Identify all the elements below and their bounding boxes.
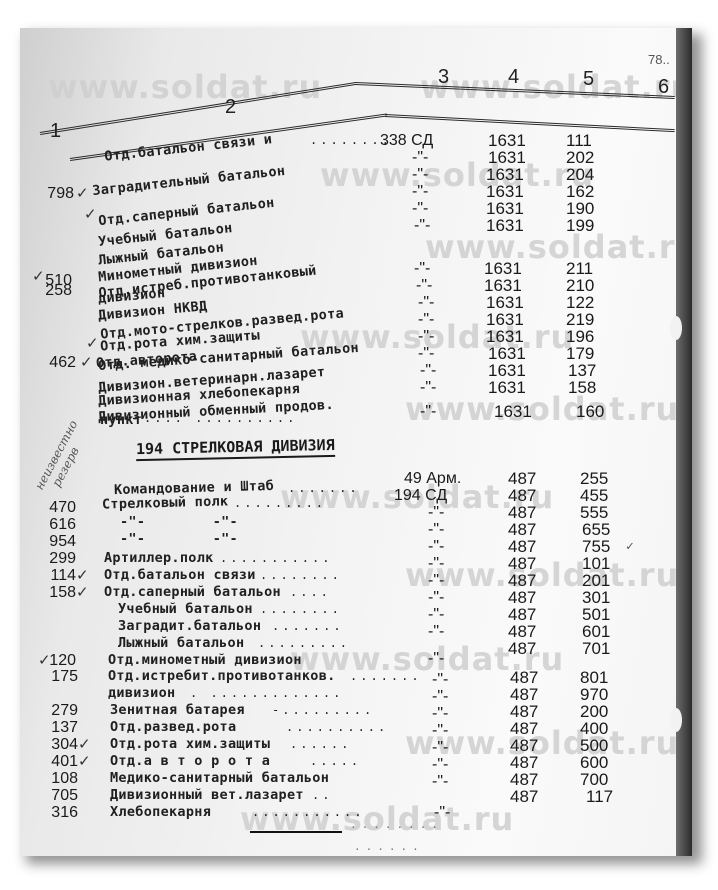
sub-number: 210 bbox=[566, 277, 594, 294]
row-number: 137 bbox=[20, 719, 78, 736]
subordination: -"- bbox=[418, 328, 434, 345]
field-post-number: 1631 bbox=[486, 311, 524, 328]
row-number: 401 bbox=[20, 753, 78, 770]
subordination: -"- bbox=[432, 688, 448, 705]
field-post-number: 487 bbox=[508, 521, 536, 538]
sub-number: 211 bbox=[566, 260, 593, 277]
field-post-number: 487 bbox=[508, 572, 536, 589]
table-row: 158✓Отд.саперный батальон....-"-487201 bbox=[20, 572, 692, 589]
field-post-number: 487 bbox=[508, 640, 536, 657]
sub-number: 555 bbox=[580, 504, 608, 521]
field-post-number: 1631 bbox=[486, 294, 524, 311]
column-header-5: 5 bbox=[583, 68, 594, 91]
subordination: -"- bbox=[428, 538, 444, 555]
unit-name: Отд.минометный дивизион bbox=[108, 652, 302, 669]
field-post-number: 1631 bbox=[486, 328, 524, 345]
field-post-number: 1631 bbox=[488, 362, 526, 379]
unit-name: Зенитная батарея bbox=[110, 702, 245, 719]
subordination: -"- bbox=[418, 311, 434, 328]
unit-name: Дивизионный вет.лазарет bbox=[110, 787, 304, 804]
field-post-number: 1631 bbox=[488, 379, 526, 396]
subordination: -"- bbox=[432, 705, 448, 722]
sub-number: 190 bbox=[566, 200, 594, 217]
field-post-number: 487 bbox=[508, 606, 536, 623]
field-post-number: 487 bbox=[510, 720, 538, 737]
subordination: -"- bbox=[418, 345, 434, 362]
field-post-number: 487 bbox=[510, 737, 538, 754]
subordination: -"- bbox=[432, 722, 448, 739]
subordination: -"- bbox=[414, 217, 430, 234]
sub-number: 655 bbox=[582, 521, 610, 538]
sub-number: 700 bbox=[580, 771, 608, 788]
table-row: 470Стрелковый полк.........194 СД487455 bbox=[20, 487, 692, 504]
field-post-number: 487 bbox=[508, 538, 536, 555]
table-row: ✓Отд.рота хим.защиты-"-1631219 bbox=[20, 311, 692, 328]
page-number: 78.. bbox=[648, 52, 670, 67]
subordination: -"- bbox=[428, 521, 444, 538]
sub-number: 122 bbox=[566, 294, 594, 311]
sub-number: 160 bbox=[576, 403, 604, 420]
table-row: 299Артиллер.полк...........-"-487755✓ bbox=[20, 538, 692, 555]
table-row: Учебный батальон........-"-487301 bbox=[20, 589, 692, 606]
table-row: Дивизионная хлебопекарня-"-1631158 bbox=[20, 379, 692, 396]
subordination: -"- bbox=[428, 623, 444, 640]
table-row: 114✓Отд.батальон связи........-"-487101 bbox=[20, 555, 692, 572]
table-row: Дивизион.ветеринарн.лазарет-"-1631137 bbox=[20, 362, 692, 379]
table-row: Отд. медико-санитарный батальон-"-163117… bbox=[20, 345, 692, 362]
table-row: Отд.батальон связи и........338 СД163111… bbox=[20, 132, 692, 149]
table-row: Отд.мото-стрелков.развед.рота-"-1631122 bbox=[20, 294, 692, 311]
sub-number: 255 bbox=[580, 470, 608, 487]
column-header-4: 4 bbox=[508, 66, 519, 89]
unit-name: Отд.а в т о р о т а bbox=[110, 753, 270, 770]
row-number: 304 bbox=[20, 736, 78, 753]
subordination: -"- bbox=[416, 277, 432, 294]
unit-name: Отд.истребит.противотанков. bbox=[108, 668, 336, 685]
subordination: -"- bbox=[414, 260, 430, 277]
field-post-number: 487 bbox=[510, 771, 538, 788]
sub-number: 199 bbox=[566, 217, 594, 234]
check-mark: ✓ bbox=[78, 736, 91, 753]
subordination: -"- bbox=[412, 166, 428, 183]
sub-number: 179 bbox=[566, 345, 594, 362]
field-post-number: 1631 bbox=[486, 183, 524, 200]
subordination: -"- bbox=[418, 294, 434, 311]
section-title: 194 СТРЕЛКОВАЯ ДИВИЗИЯ bbox=[136, 436, 335, 461]
sub-number: 970 bbox=[580, 686, 608, 703]
table-row: Дивизион НКВД-"-1631210 bbox=[20, 277, 692, 294]
field-post-number: 1631 bbox=[488, 345, 526, 362]
column-header-3: 3 bbox=[438, 66, 449, 89]
sub-number: 500 bbox=[580, 737, 608, 754]
row-number: 279 bbox=[20, 702, 78, 719]
field-post-number: 487 bbox=[510, 669, 538, 686]
sub-number: 755 bbox=[582, 538, 610, 555]
unit-name: Отд.рота хим.защиты bbox=[110, 736, 270, 753]
subordination: -"- bbox=[412, 200, 428, 217]
field-post-number: 1631 bbox=[488, 132, 526, 149]
row-number: 316 bbox=[20, 804, 78, 821]
subordination: -"- bbox=[420, 379, 436, 396]
field-post-number: 487 bbox=[510, 686, 538, 703]
sub-number: 601 bbox=[582, 623, 610, 640]
subordination: -"- bbox=[428, 589, 444, 606]
field-post-number: 1631 bbox=[484, 277, 522, 294]
sub-number: 101 bbox=[582, 555, 610, 572]
sub-number: 202 bbox=[566, 149, 594, 166]
subordination: -"- bbox=[428, 555, 444, 572]
subordination: -"- bbox=[420, 362, 436, 379]
header-rule bbox=[385, 114, 675, 132]
sub-number: 162 bbox=[566, 183, 594, 200]
table-row: ✓120Отд.минометный дивизион-"-487701 bbox=[20, 640, 692, 657]
sub-number: 196 bbox=[566, 328, 594, 345]
sub-number: 301 bbox=[582, 589, 610, 606]
table-row: Лыжный батальон-"-1631190 bbox=[20, 200, 692, 217]
subordination: -"- bbox=[432, 739, 448, 756]
sub-number: 219 bbox=[566, 311, 594, 328]
field-post-number: 487 bbox=[508, 555, 536, 572]
subordination: -"- bbox=[428, 504, 444, 521]
subordination: -"- bbox=[432, 671, 448, 688]
sub-number: 137 bbox=[568, 362, 596, 379]
sub-number: 158 bbox=[568, 379, 596, 396]
field-post-number: 1631 bbox=[486, 200, 524, 217]
field-post-number: 487 bbox=[508, 504, 536, 521]
table-row: Заградит.батальон.......-"-487501 bbox=[20, 606, 692, 623]
table-row: 510✓Отд.истреб.противотанковый bbox=[20, 234, 692, 251]
row-number: 120 bbox=[20, 652, 76, 669]
field-post-number: 1631 bbox=[486, 166, 524, 183]
faint-dots: ........ bbox=[350, 818, 443, 831]
subordination: -"- bbox=[428, 606, 444, 623]
watermark: www.soldat.ru bbox=[48, 68, 322, 106]
field-post-number: 487 bbox=[508, 470, 536, 487]
field-post-number: 1631 bbox=[488, 149, 526, 166]
subordination: 338 СД bbox=[380, 132, 433, 149]
field-post-number: 1631 bbox=[484, 260, 522, 277]
sub-number: 801 bbox=[580, 669, 608, 686]
sub-number: 501 bbox=[582, 606, 610, 623]
column-header-6: 6 bbox=[658, 76, 669, 99]
table-row: Командование и Штаб.......49 Арм.487255 bbox=[20, 470, 692, 487]
closing-rule bbox=[250, 831, 342, 833]
table-row: Минометный дивизион-"-1631199 bbox=[20, 217, 692, 234]
field-post-number: 487 bbox=[508, 589, 536, 606]
table-row: 616-"- -"--"-487555 bbox=[20, 504, 692, 521]
sub-number: 117 bbox=[586, 788, 613, 805]
table-row: 798✓Заградительный батальон-"-1631202 bbox=[20, 149, 692, 166]
unit-name: Медико-санитарный батальон bbox=[110, 770, 329, 787]
sub-number: 701 bbox=[582, 640, 610, 657]
unit-name: дивизион bbox=[108, 685, 175, 702]
field-post-number: 487 bbox=[510, 754, 538, 771]
column-header-2: 2 bbox=[225, 96, 236, 119]
table-row: ✓Отд.саперный батальон-"-1631204 bbox=[20, 166, 692, 183]
sub-number: 111 bbox=[566, 132, 592, 149]
subordination: -"- bbox=[428, 572, 444, 589]
field-post-number: 487 bbox=[508, 487, 536, 504]
row-number: 705 bbox=[20, 787, 78, 804]
unit-name: Отд.развед.рота bbox=[110, 719, 236, 736]
sub-number: 455 bbox=[580, 487, 608, 504]
field-post-number: 487 bbox=[510, 703, 538, 720]
table-row: пункт.... .......... bbox=[20, 422, 692, 439]
field-post-number: 487 bbox=[508, 623, 536, 640]
check-mark: ✓ bbox=[78, 753, 91, 770]
subordination: -"- bbox=[428, 650, 444, 667]
table-row: 954-"- -"--"-487655 bbox=[20, 521, 692, 538]
subordination: 49 Арм. bbox=[404, 470, 461, 487]
faint-dots: ...... bbox=[354, 840, 424, 853]
scanned-document-page: www.soldat.ru www.soldat.ru www.soldat.r… bbox=[20, 28, 692, 856]
sub-number: 600 bbox=[580, 754, 608, 771]
sub-number: 400 bbox=[580, 720, 608, 737]
table-row: Лыжный батальон.........-"-487601 bbox=[20, 623, 692, 640]
subordination: -"- bbox=[420, 403, 436, 420]
unit-name: пункт bbox=[100, 412, 142, 429]
field-post-number: 1631 bbox=[486, 217, 524, 234]
subordination: -"- bbox=[432, 756, 448, 773]
sub-number: 204 bbox=[566, 166, 594, 183]
sub-number: 200 bbox=[580, 703, 608, 720]
row-number: 108 bbox=[20, 770, 78, 787]
unit-name: Хлебопекарня bbox=[110, 804, 211, 821]
subordination: -"- bbox=[412, 149, 428, 166]
field-post-number: 1631 bbox=[494, 403, 532, 420]
subordination: -"- bbox=[412, 183, 428, 200]
subordination: 194 СД bbox=[394, 487, 447, 504]
field-post-number: 487 bbox=[510, 788, 538, 805]
sub-number: 201 bbox=[582, 572, 610, 589]
row-number: 175 bbox=[20, 668, 78, 685]
table-row: Учебный батальон-"-1631162 bbox=[20, 183, 692, 200]
subordination: -"- bbox=[432, 773, 448, 790]
